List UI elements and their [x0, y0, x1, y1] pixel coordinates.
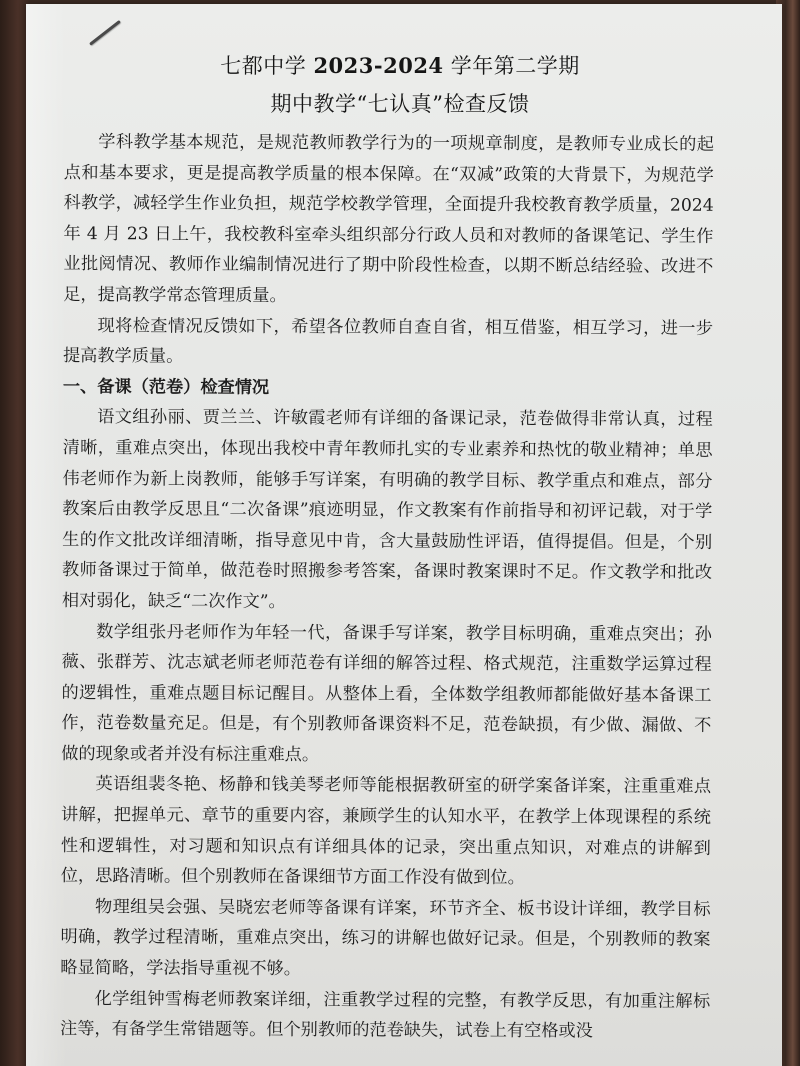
math-group-paragraph: 数学组张丹老师作为年轻一代，备课手写详案，教学目标明确，重难点突出；孙薇、张群芳…	[61, 616, 712, 772]
title-school: 七都中学	[220, 54, 313, 78]
english-group-paragraph: 英语组裴冬艳、杨静和钱美琴老师等能根据教研室的研学案备详案，注重重难点讲解，把握…	[61, 769, 712, 894]
section-heading: 一、备课（范卷）检查情况	[63, 372, 713, 405]
document-title-line1: 七都中学 2023-2024 学年第二学期	[0, 50, 800, 80]
title-years: 2023-2024	[313, 53, 443, 78]
document-title-line2: 期中教学“七认真”检查反馈	[0, 88, 800, 118]
staple-icon	[89, 20, 121, 46]
chemistry-group-paragraph: 化学组钟雪梅老师教案详细，注重教学过程的完整，有教学反思，有加重注解标注等，有备…	[60, 984, 710, 1048]
document-body: 学科教学基本规范，是规范教师教学行为的一项规章制度，是教师专业成长的起点和基本要…	[60, 127, 714, 1048]
physics-group-paragraph: 物理组吴会强、吴晓宏老师等备课有详案，环节齐全、板书设计详细，教学目标明确，教学…	[60, 892, 710, 987]
title-term: 学年第二学期	[444, 54, 580, 78]
intro-paragraph: 现将检查情况反馈如下，希望各位教师自查自省，相互借鉴，相互学习，进一步提高教学质…	[63, 311, 713, 375]
intro-paragraph: 学科教学基本规范，是规范教师教学行为的一项规章制度，是教师专业成长的起点和基本要…	[63, 127, 714, 313]
chinese-group-paragraph: 语文组孙丽、贾兰兰、许敏霞老师有详细的备课记录，范卷做得非常认真，过程清晰，重难…	[62, 402, 713, 619]
